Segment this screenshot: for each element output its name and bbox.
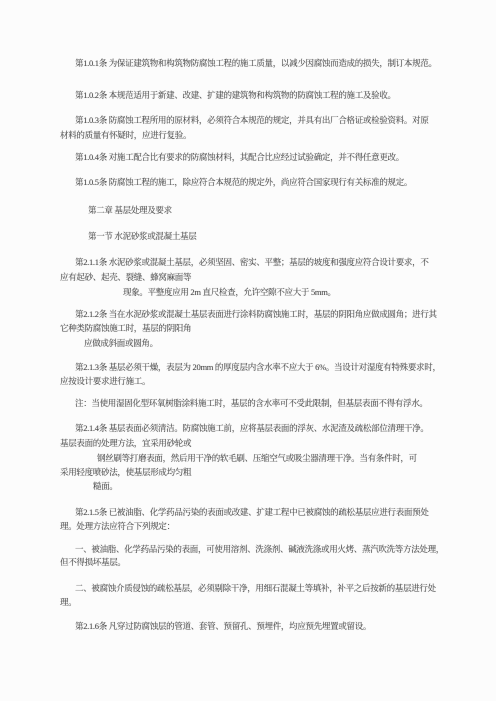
article-2-1-5-line: 第2.1.5条 已被油脂、化学药品污染的表面或改建、扩建工程中已被腐蚀的疏松基层… [75,507,429,518]
article-2-1-5-item-1-line: 但不得损坏基层。 [60,557,126,568]
article-2-1-4-line: 钢丝刷等打磨表面，然后用干净的软毛刷、压缩空气或吸尘器清理干净。当有条件时，可 [97,453,417,464]
article-2-1-2-line: 它种类防腐蚀施工时，基层的阴阳角 [60,323,191,334]
article-2-1-4-line: 第2.1.4条 基层表面必须清洁。防腐蚀施工前，应将基层表面的浮灰、水泥渣及疏松… [75,423,429,434]
article-2-1-1-line: 第2.1.1条 水泥砂浆或混凝土基层，必须坚固、密实、平整；基层的坡度和强度应符… [75,257,429,268]
article-1-0-3-line: 第1.0.3条 防腐蚀工程所用的原材料，必须符合本规范的规定，并具有出厂合格证或… [75,115,429,126]
chapter-2-heading-line: 第二章 基层处理及要求 [88,205,172,216]
article-1-0-2-line: 第1.0.2条 本规范适用于新建、改建、扩建的建筑物和构筑物的防腐蚀工程的施工及… [75,90,396,101]
article-1-0-1-line: 第1.0.1条 为保证建筑物和构筑物防腐蚀工程的施工质量，以减少因腐蚀而造成的损… [75,58,437,69]
article-2-1-5-item-1-line: 一、被油脂、化学药品污染的表面，可使用溶剂、洗涤剂、碱液洗涤或用火烤、蒸汽吹洗等… [75,544,444,555]
article-2-1-5-item-2-line: 二、被腐蚀介质侵蚀的疏松基层，必须剔除干净，用细石混凝土等填补，补平之后按新的基… [75,583,436,594]
article-2-1-4-line: 基层表面的处理方法，宜采用砂轮或 [60,438,191,449]
article-2-1-4-line: 糙面。 [93,481,118,492]
article-1-0-4-line: 第1.0.4条 对施工配合比有要求的防腐蚀材料，其配合比应经过试验确定，并不得任… [75,152,404,163]
document-page: 第1.0.1条 为保证建筑物和构筑物防腐蚀工程的施工质量，以减少因腐蚀而造成的损… [0,0,496,701]
section-2-1-heading-line: 第一节 水泥砂浆或混凝土基层 [88,231,196,242]
article-2-1-3-line: 第2.1.3条 基层必须干燥，表层为 20mm 的厚度层内含水率不应大于 6%。… [75,362,441,373]
article-2-1-6-line: 第2.1.6条 凡穿过防腐蚀层的管道、套管、预留孔、预埋件，均应预先埋置或留设。 [75,621,371,632]
article-1-0-5-line: 第1.0.5条 防腐蚀工程的施工，除应符合本规范的规定外，尚应符合国家现行有关标… [75,177,412,188]
article-2-1-4-line: 采用轻度喷砂法，使基层形成均匀粗 [60,467,191,478]
article-2-1-1-line: 现象。平整度应用 2m 直尺检查，允许空隙不应大于 5mm。 [123,287,336,298]
article-2-1-3-note-line: 注：当使用湿固化型环氧树脂涂料施工时，基层的含水率可不受此限制，但基层表面不得有… [75,398,428,409]
article-2-1-3-line: 应按设计要求进行施工。 [60,376,150,387]
article-2-1-2-line: 第2.1.2条 当在水泥砂浆或混凝土基层表面进行涂料防腐蚀施工时，基层的阴阳角应… [75,309,437,320]
article-2-1-2-line: 应做成斜面或圆角。 [84,338,158,349]
article-2-1-1-line: 应有起砂、起壳、裂缝、蜂窝麻面等 [60,272,191,283]
article-1-0-3-line: 材料的质量有怀疑时，应进行复验。 [60,130,191,141]
article-2-1-5-item-2-line: 理。 [60,597,76,608]
article-2-1-5-line: 理。处理方法应符合下列规定： [60,521,175,532]
document-content: 第1.0.1条 为保证建筑物和构筑物防腐蚀工程的施工质量，以减少因腐蚀而造成的损… [0,0,496,701]
